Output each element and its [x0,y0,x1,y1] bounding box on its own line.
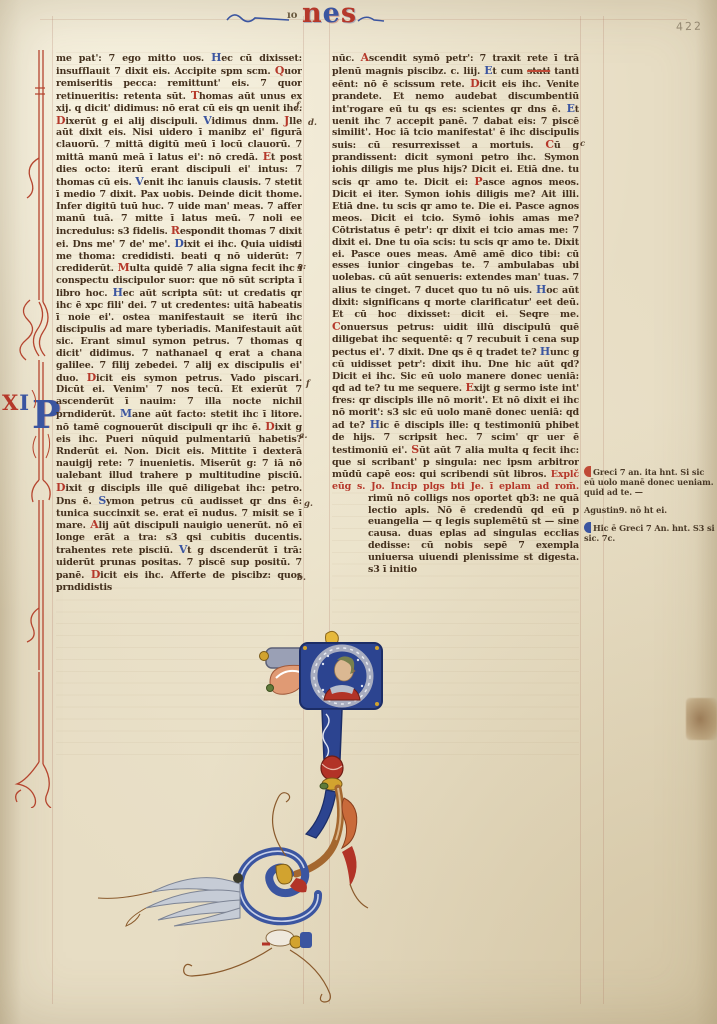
running-title-letters: nes [302,0,357,29]
body-text-run: asce agnos meos. Dicit ei iter. Symon io… [332,177,579,296]
historiated-initial-p [90,626,390,1024]
section-letter: a. [299,431,307,441]
section-letter: d. [308,118,317,128]
folio-number: 422 [676,20,703,34]
chapter-penwork-icon [2,390,62,460]
body-text-run: A [90,518,98,531]
body-text-run: C [545,138,554,151]
body-text-run [332,493,368,615]
body-text-run: D [265,420,274,433]
ruling-line-vertical [580,16,581,1004]
chapter-mark: XI P [2,390,62,460]
body-text-run: idimus dnm. [212,116,285,127]
body-text-run: E [263,150,271,163]
title-flourish-left-icon [225,8,295,28]
body-text-run: D [174,237,183,250]
gloss-text: Hic ē Greci 7 An. hnt. S3 si sic. 7c. [584,523,715,543]
body-text-run: D [56,114,65,127]
body-text-run: H [540,345,550,358]
body-text-run: V [179,543,187,556]
body-text-run: Q [275,64,284,77]
section-letter: f. [296,101,302,111]
section-letter: f [306,379,310,389]
body-text-run: S [98,494,106,507]
marginal-gloss: Greci 7 an. ita hnt. Si sic eū uolo manē… [584,466,716,498]
body-text-run: A [361,52,369,64]
title-flourish-right-icon [356,13,386,27]
running-title-letter: n [302,0,323,29]
marginal-glosses: Greci 7 an. ita hnt. Si sic eū uolo manē… [584,466,716,550]
body-text-run: H [113,286,123,299]
gloss-text: Greci 7 an. ita hnt. Si sic eū uolo manē… [584,467,713,497]
body-text-run: D [56,481,65,494]
page-stain [686,698,717,740]
body-text-run: D [91,568,100,581]
body-text-run: V [135,175,143,188]
body-text-run: H [211,52,221,64]
body-text-run: H [536,283,546,296]
running-title-letter: s [341,0,357,29]
body-text-run: V [203,114,211,127]
section-letter: g: [297,262,306,272]
running-title-prefix: ıo [287,10,297,21]
body-text-run: me pat': 7 ego mitto uos. [56,53,211,64]
running-title-letter: e [323,0,341,29]
paraph-mark-icon [584,466,591,477]
body-text-run: S [411,443,419,456]
body-text-run: ixerūt g ei alij discipuli. [65,116,203,127]
manuscript-page: ıo nes 422 XI P [0,0,717,1024]
body-text-run: D [87,371,96,384]
body-text-run: E [465,381,473,394]
body-text-run: nūc. [332,53,361,64]
running-title: ıo nes [0,0,717,40]
marginal-gloss: Agustin9. nō ht ei. [584,505,716,515]
paraph-mark-icon [584,522,591,533]
body-text-run: C [332,320,341,333]
section-letter: c [580,139,585,149]
body-text-run: M [120,407,132,420]
section-letter: b. [297,573,306,583]
body-text-run: R [171,224,180,237]
body-text-run: H [370,418,380,431]
body-text-run: M [118,261,130,274]
body-text-run: stati [527,66,550,77]
body-text-run: E [567,102,575,115]
body-text-run: T [191,89,199,102]
body-text-run: rimū nō colligs nos oportet qb3: ne quā … [368,493,579,575]
gloss-text: Agustin9. nō ht ei. [584,505,667,515]
body-text-run: t cum [492,66,527,77]
section-letter: g. [304,499,313,509]
section-letter: e. [292,240,300,250]
marginal-gloss: Hic ē Greci 7 An. hnt. S3 si sic. 7c. [584,522,716,543]
